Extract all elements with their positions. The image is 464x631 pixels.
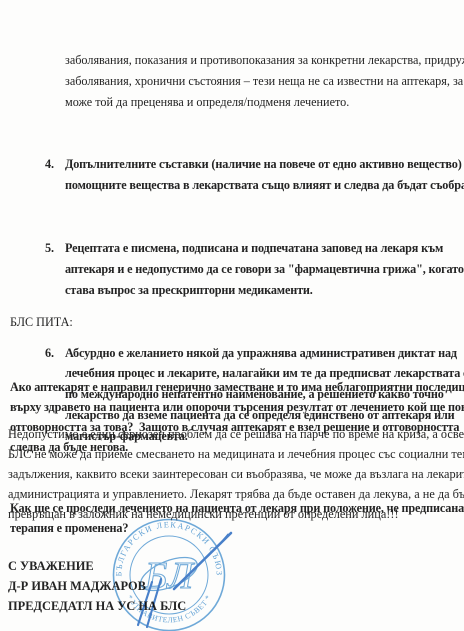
list-item-4: 4. Допълнителните съставки (наличие на п… — [45, 154, 460, 196]
signatory-title: ПРЕДСЕДАТЛ НА УС НА БЛС — [8, 596, 186, 616]
list-item-4-text: Допълнителните съставки (наличие на пове… — [65, 154, 464, 196]
bls-asks-heading: БЛС ПИТА: — [10, 312, 460, 332]
continuation-paragraph: заболявания, показания и противопоказани… — [65, 50, 460, 113]
closing-paragraph: Недопустимо е един сериозен проблем да с… — [8, 424, 462, 524]
scanned-letter-page: { "page": { "background": "#fdfdfc", "te… — [0, 0, 464, 631]
list-item-4-number: 4. — [45, 154, 65, 196]
signature-block: С УВАЖЕНИЕ Д-Р ИВАН МАДЖАРОВ ПРЕДСЕДАТЛ … — [8, 556, 186, 616]
signature-salutation: С УВАЖЕНИЕ — [8, 556, 186, 576]
signatory-name: Д-Р ИВАН МАДЖАРОВ — [8, 576, 186, 596]
